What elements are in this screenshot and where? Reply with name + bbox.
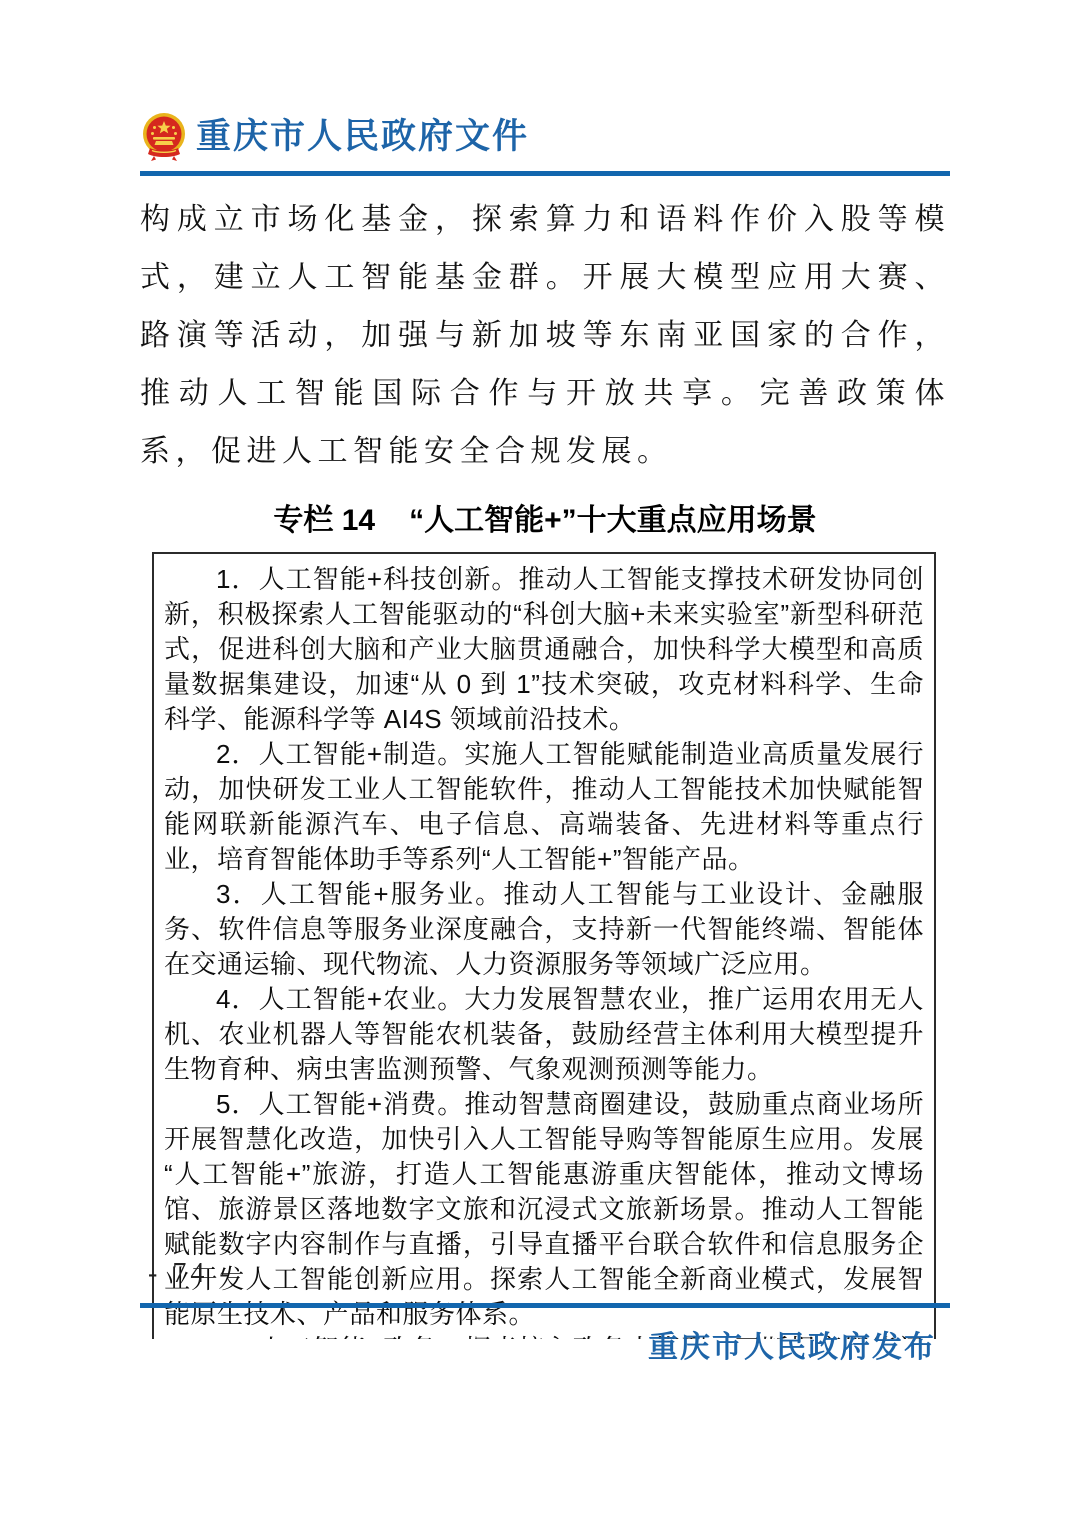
content-column: 重庆市人民政府文件 构成立市场化基金，探索算力和语料作价入股等模式，建立人工智能… <box>140 0 950 1339</box>
document-header-title: 重庆市人民政府文件 <box>196 116 529 158</box>
panel-item-1: 1．人工智能+科技创新。推动人工智能支撑技术研发协同创新，积极探索人工智能驱动的… <box>164 562 924 737</box>
footer-divider-rule <box>140 1303 950 1308</box>
panel-item-3: 3．人工智能+服务业。推动人工智能与工业设计、金融服务、软件信息等服务业深度融合… <box>164 877 924 982</box>
document-header: 重庆市人民政府文件 <box>140 112 950 162</box>
header-divider-rule <box>140 171 950 176</box>
body-paragraph: 构成立市场化基金，探索算力和语料作价入股等模式，建立人工智能基金群。开展大模型应… <box>140 191 950 481</box>
panel-title: 专栏 14“人工智能+”十大重点应用场景 <box>140 495 950 539</box>
panel-box: 1．人工智能+科技创新。推动人工智能支撑技术研发协同创新，积极探索人工智能驱动的… <box>152 552 936 1339</box>
panel-item-4: 4．人工智能+农业。大力发展智慧农业，推广运用农用无人机、农业机器人等智能农机装… <box>164 982 924 1087</box>
panel-item-5: 5．人工智能+消费。推动智慧商圈建设，鼓励重点商业场所开展智慧化改造，加快引入人… <box>164 1087 924 1332</box>
national-emblem-icon <box>140 112 188 162</box>
page-number: - 74 - <box>148 1258 233 1290</box>
panel-label: 专栏 14 <box>273 504 375 537</box>
panel-item-2: 2．人工智能+制造。实施人工智能赋能制造业高质量发展行动，加快研发工业人工智能软… <box>164 737 924 877</box>
document-page: 重庆市人民政府文件 构成立市场化基金，探索算力和语料作价入股等模式，建立人工智能… <box>0 0 1074 1520</box>
publisher-line: 重庆市人民政府发布 <box>648 1322 936 1366</box>
panel-title-text: “人工智能+”十大重点应用场景 <box>409 504 817 537</box>
